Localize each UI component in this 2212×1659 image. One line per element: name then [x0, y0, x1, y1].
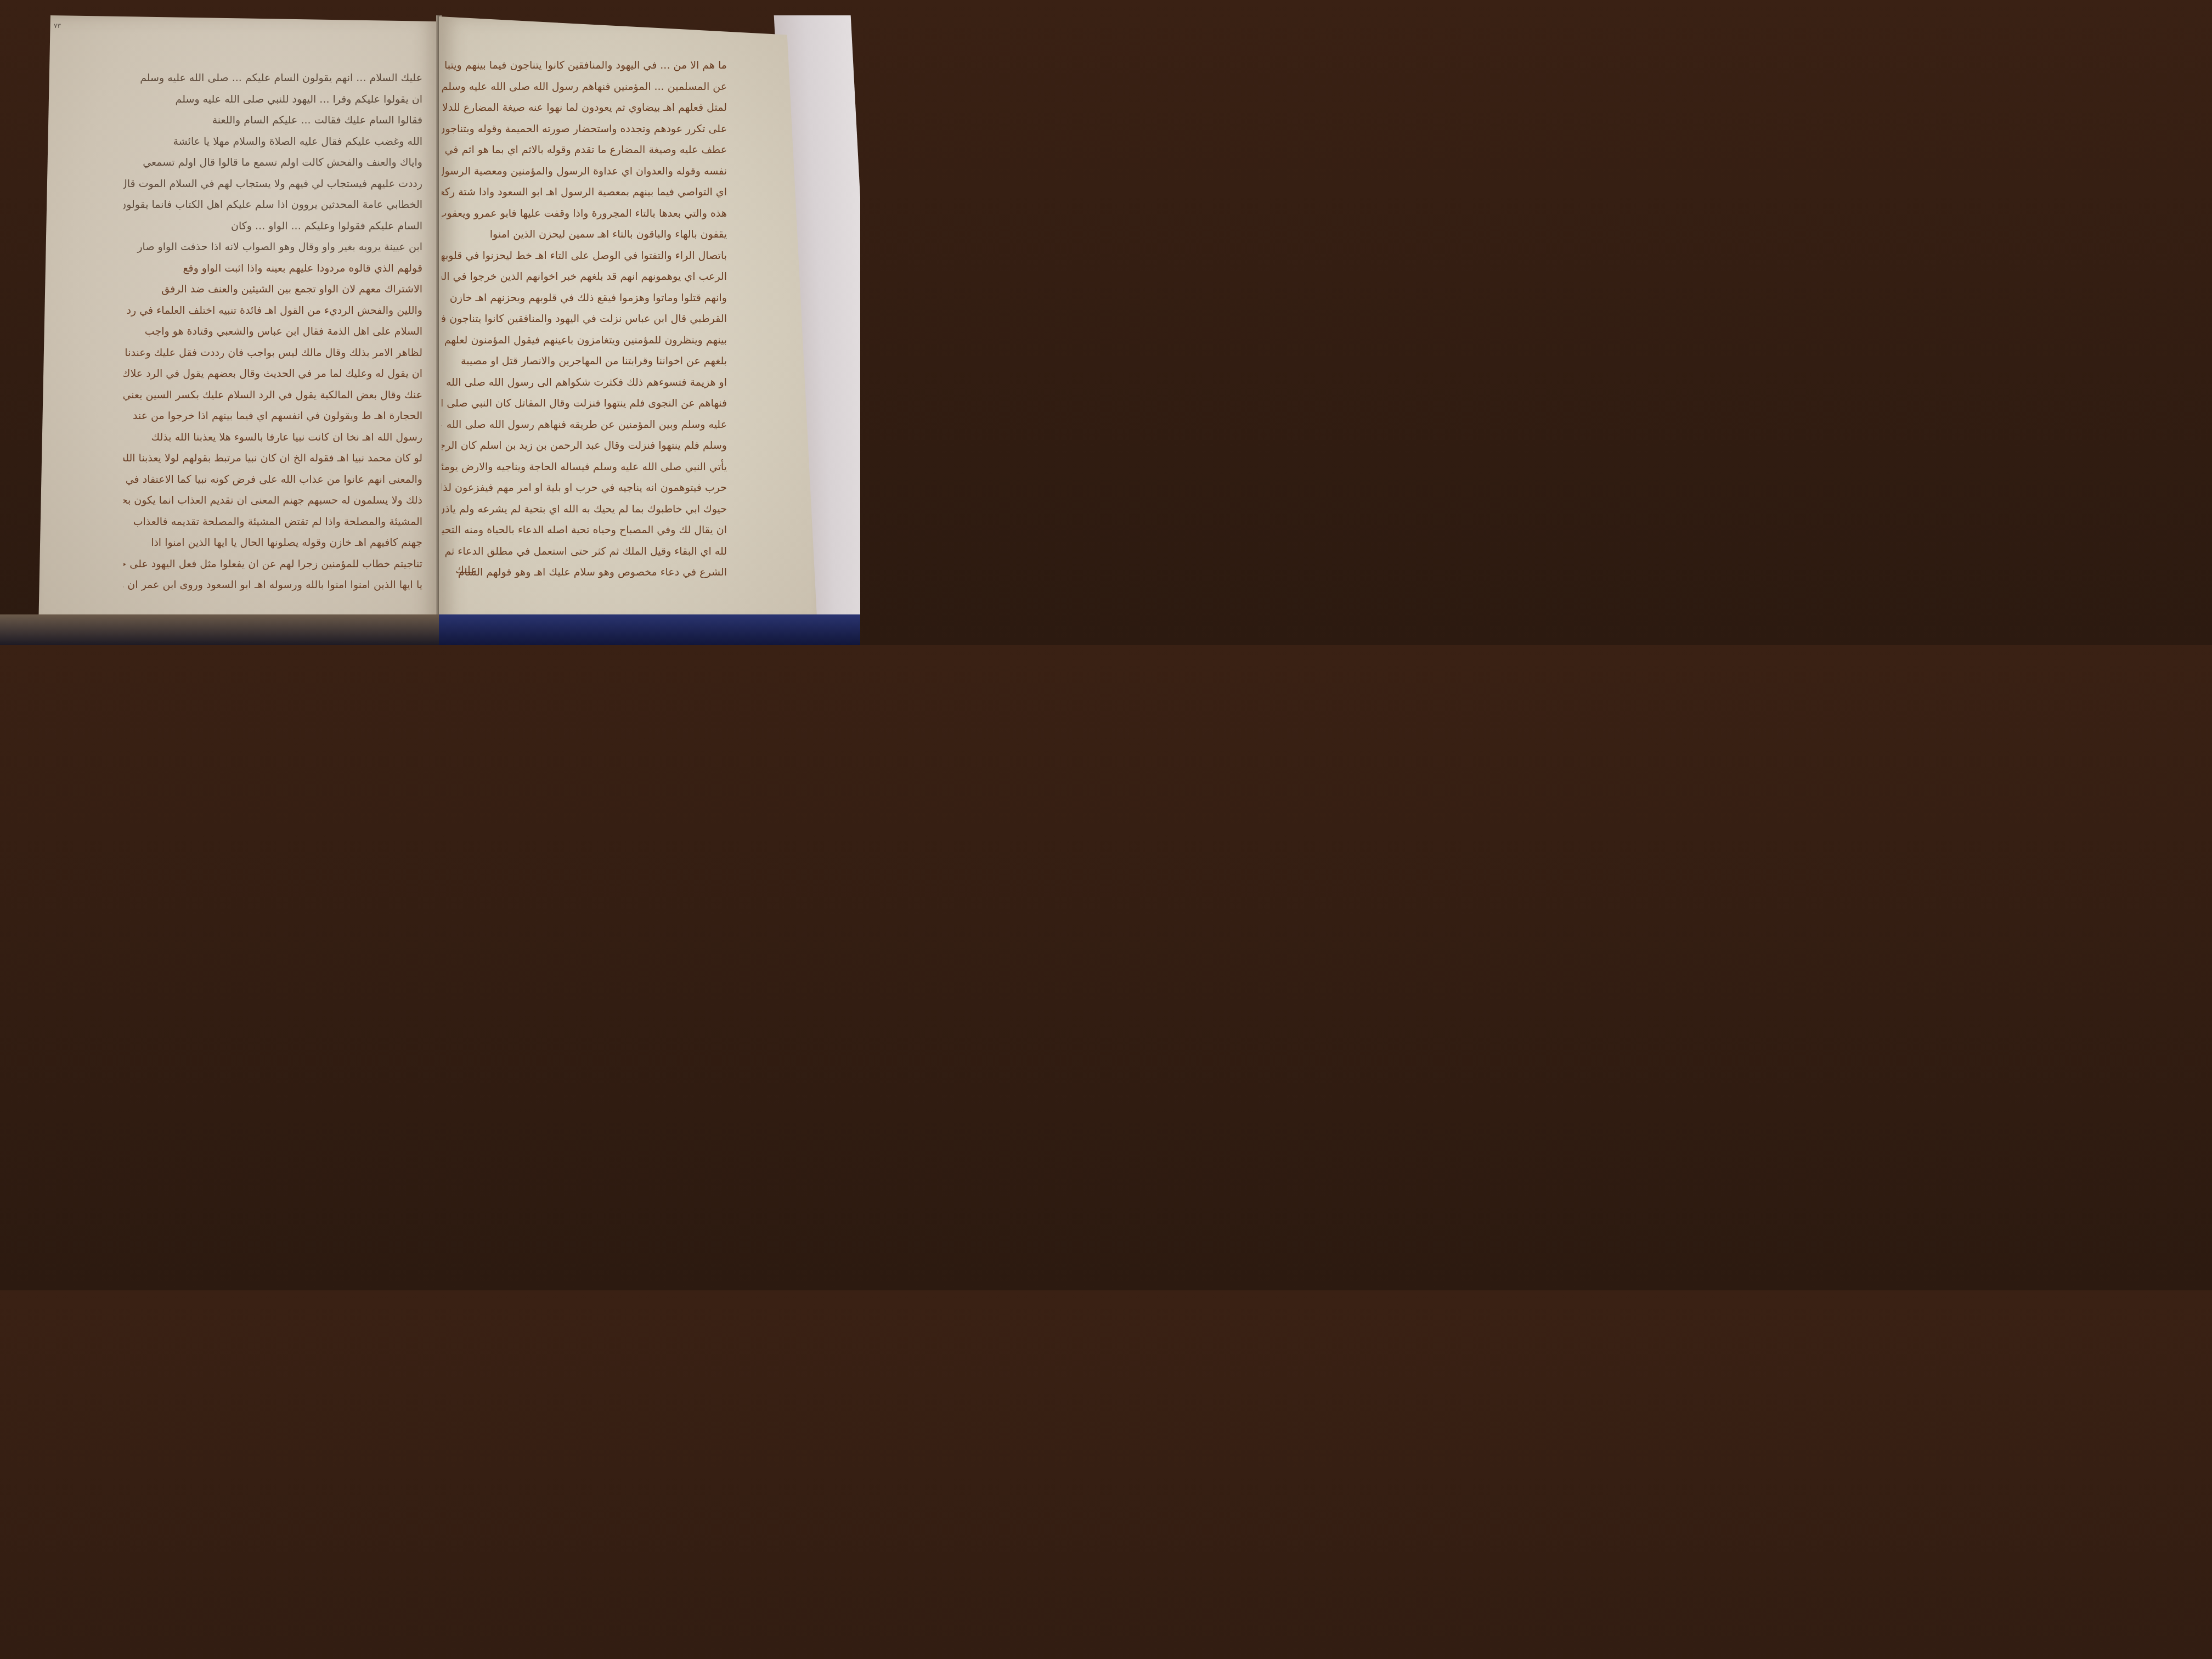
manuscript-line: وانهم قتلوا وماتوا وهزموا فيقع ذلك في قل…: [442, 287, 727, 309]
manuscript-line: الشرع في دعاء مخصوص وهو سلام عليك اهـ وه…: [442, 562, 727, 583]
manuscript-line: باتصال الراء والتفتوا في الوصل على التاء…: [442, 245, 727, 267]
manuscript-line: لو كان محمد نبيا اهـ فقوله الخ ان كان نب…: [123, 448, 422, 469]
manuscript-line: هذه والتي بعدها بالتاء المجرورة واذا وقف…: [442, 203, 727, 224]
manuscript-line: فقالوا السام عليك فقالت ... عليكم السام …: [123, 110, 422, 131]
manuscript-line: ذلك ولا يسلمون له حسبهم جهنم المعنى ان ت…: [123, 490, 422, 511]
manuscript-line: لمثل فعلهم اهـ بيضاوي ثم يعودون لما نهوا…: [442, 97, 727, 119]
manuscript-line: عنك وقال بعض المالكية يقول في الرد السلا…: [123, 385, 422, 406]
manuscript-line: بلغهم عن اخواننا وقرابتنا من المهاجرين و…: [442, 351, 727, 372]
manuscript-line: حرب فيتوهمون انه يناجيه في حرب او بلية ا…: [442, 477, 727, 499]
manuscript-line: رددت عليهم فيستجاب لي فيهم ولا يستجاب له…: [123, 173, 422, 195]
manuscript-line: السلام على اهل الذمة فقال ابن عباس والشع…: [123, 321, 422, 342]
manuscript-line: عطف عليه وصيغة المضارع ما تقدم وقوله بال…: [442, 139, 727, 161]
manuscript-line: الاشتراك معهم لان الواو تجمع بين الشيئين…: [123, 279, 422, 300]
manuscript-line: يأتي النبي صلى الله عليه وسلم فيساله الح…: [442, 456, 727, 478]
manuscript-line: عليك السلام ... انهم يقولون السام عليكم …: [123, 67, 422, 89]
book-binding-right-blue-cloth: [439, 614, 860, 645]
manuscript-line: الخطابي عامة المحدثين يروون اذا سلم عليك…: [123, 194, 422, 216]
manuscript-line: حيوك ابي خاطبوك بما لم يحيك به الله اي ب…: [442, 499, 727, 520]
folio-number: ٧٣: [54, 22, 61, 30]
manuscript-line: ان يقال لك وفي المصباح وحياه تحية اصله ا…: [442, 520, 727, 541]
manuscript-line: واللين والفحش الرديء من القول اهـ فائدة …: [123, 300, 422, 321]
manuscript-line: لله اي البقاء وقيل الملك ثم كثر حتى استع…: [442, 541, 727, 562]
manuscript-line: فنهاهم عن النجوى فلم ينتهوا فنزلت وقال ا…: [442, 393, 727, 414]
manuscript-line: الله وغضب عليكم فقال عليه الصلاة والسلام…: [123, 131, 422, 153]
manuscript-line: بينهم وينظرون للمؤمنين ويتغامزون باعينهم…: [442, 330, 727, 351]
manuscript-line: واياك والعنف والفحش كالت اولم تسمع ما قا…: [123, 152, 422, 173]
manuscript-line: نفسه وقوله والعدوان اي عداوة الرسول والم…: [442, 161, 727, 182]
manuscript-line: يقفون بالهاء والباقون بالتاء اهـ سمين لي…: [442, 224, 727, 245]
manuscript-line: ان يقول له وعليك لما مر في الحديث وقال ب…: [123, 363, 422, 385]
manuscript-line: الرعب اي يوهمونهم انهم قد بلغهم خبر اخوا…: [442, 266, 727, 287]
manuscript-line: وسلم فلم ينتهوا فنزلت وقال عبد الرحمن بن…: [442, 435, 727, 456]
manuscript-line: الحجارة اهـ ط ويقولون في انفسهم اي فيما …: [123, 405, 422, 427]
manuscript-line: جهنم كافيهم اهـ خازن وقوله يصلونها الحال…: [123, 532, 422, 554]
catchword: عليك: [455, 564, 477, 576]
manuscript-line: او هزيمة فتسوءهم ذلك فكثرت شكواهم الى رس…: [442, 372, 727, 393]
manuscript-line: عن المسلمين ... المؤمنين فنهاهم رسول الل…: [442, 76, 727, 98]
manuscript-line: السام عليكم فقولوا وعليكم ... الواو ... …: [123, 216, 422, 237]
left-page-text-block: عليك السلام ... انهم يقولون السام عليكم …: [123, 67, 422, 596]
manuscript-line: رسول الله اهـ نخا ان كانت نبيا عارفا بال…: [123, 427, 422, 448]
manuscript-line: المشيئة والمصلحة واذا لم تقتض المشيئة وا…: [123, 511, 422, 533]
manuscript-line: يا ايها الذين امنوا امنوا بالله ورسوله ا…: [123, 574, 422, 596]
manuscript-line: عليه وسلم وبين المؤمنين عن طريقه فنهاهم …: [442, 414, 727, 436]
manuscript-line: القرطبي قال ابن عباس نزلت في اليهود والم…: [442, 308, 727, 330]
right-page-text-block: ما هم الا من ... في اليهود والمنافقين كا…: [442, 55, 727, 583]
manuscript-line: اي التواصي فيما بينهم بمعصية الرسول اهـ …: [442, 182, 727, 203]
manuscript-line: والمعنى انهم عانوا من عذاب الله على فرض …: [123, 469, 422, 490]
manuscript-line: قولهم الذي قالوه مردودا عليهم بعينه واذا…: [123, 258, 422, 279]
manuscript-line: ما هم الا من ... في اليهود والمنافقين كا…: [442, 55, 727, 76]
manuscript-line: على تكرر عودهم وتجدده واستحضار صورته الح…: [442, 119, 727, 140]
manuscript-line: ان يقولوا عليكم وقرا ... اليهود للنبي صل…: [123, 89, 422, 110]
left-page: ٧٣ عليك السلام ... انهم يقولون السام علي…: [38, 15, 440, 630]
manuscript-line: ابن عيينة يرويه بغير واو وقال وهو الصواب…: [123, 236, 422, 258]
book-binding-left: [0, 614, 450, 645]
manuscript-line: لظاهر الامر بذلك وقال مالك ليس بواجب فان…: [123, 342, 422, 364]
right-page: ما هم الا من ... في اليهود والمنافقين كا…: [439, 16, 817, 628]
manuscript-line: تناجيتم خطاب للمؤمنين زجرا لهم عن ان يفع…: [123, 554, 422, 575]
